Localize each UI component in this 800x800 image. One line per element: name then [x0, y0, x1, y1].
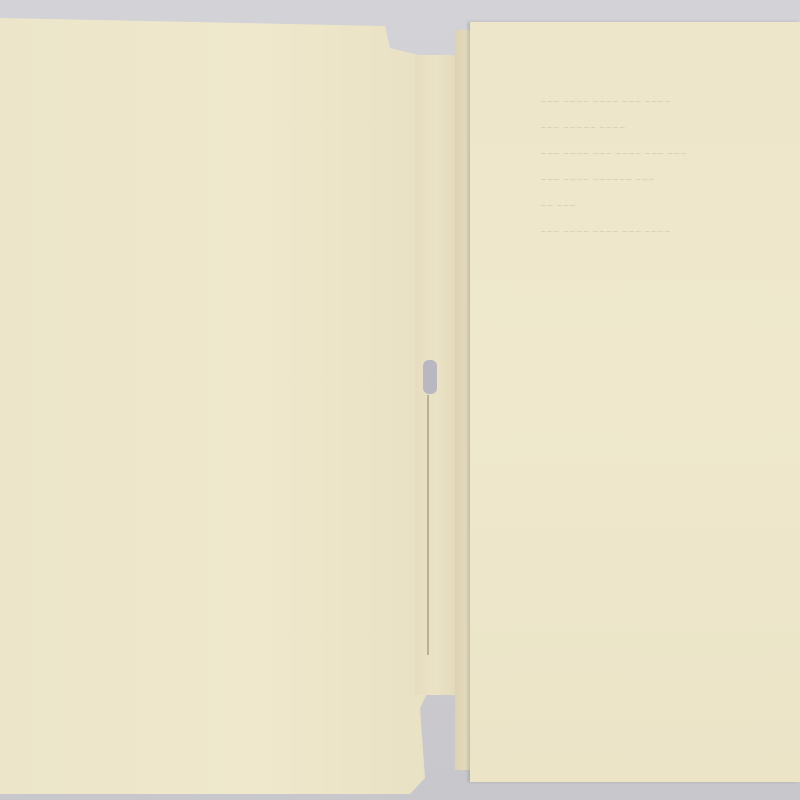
spine-edge	[455, 30, 471, 770]
handwriting-line: ~~~ ~~~~ ~~~~ ~~~ ~~~~	[540, 95, 800, 108]
spine-tear	[423, 360, 437, 394]
handwriting-line: ~~~ ~~~~ ~~~~ ~~~ ~~~~	[540, 225, 800, 238]
spine-crack	[427, 395, 429, 655]
faint-handwriting: ~~~ ~~~~ ~~~~ ~~~ ~~~~ ~~~ ~~~~~ ~~~~ ~~…	[540, 95, 800, 238]
handwriting-line: ~~~ ~~~~ ~~~~~~ ~~~	[540, 173, 800, 186]
handwriting-line: ~~~ ~~~~ ~~~ ~~~~ ~~~ ~~~	[540, 147, 800, 160]
handwriting-line: ~~ ~~~	[540, 199, 800, 212]
handwriting-line: ~~~ ~~~~~ ~~~~	[540, 121, 800, 134]
left-page	[0, 18, 430, 794]
